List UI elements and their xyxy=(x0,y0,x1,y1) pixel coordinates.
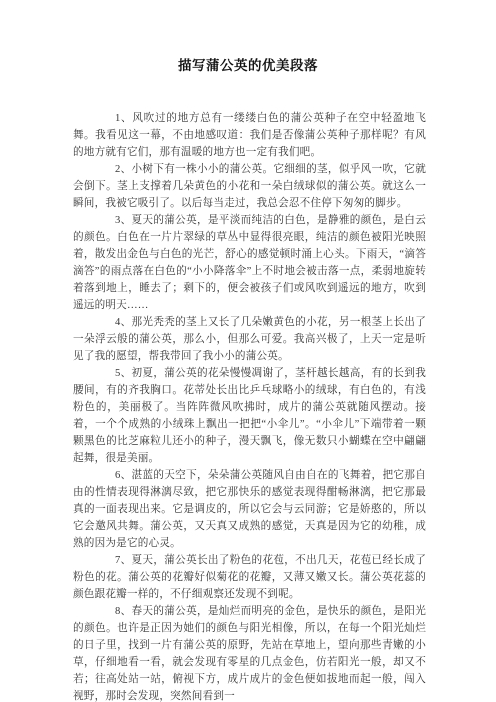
paragraph-8: 8、春天的蒲公英，是灿烂而明亮的金色，是快乐的颜色，是阳光的颜色。也许是正因为她… xyxy=(73,603,426,702)
paragraph-6: 6、湛蓝的天空下，朵朵蒲公英随风自由自在的飞舞着，把它那自由的性情表现得淋漓尽致… xyxy=(73,467,426,552)
document-page: 描写蒲公英的优美段落 1、风吹过的地方总有一缕缕白色的蒲公英种子在空中轻盈地飞舞… xyxy=(0,0,496,702)
paragraph-5: 5、初夏，蒲公英的花朵慢慢凋谢了，茎杆越长越高，有的长到我腰间，有的齐我胸口。花… xyxy=(73,365,426,467)
document-body: 1、风吹过的地方总有一缕缕白色的蒲公英种子在空中轻盈地飞舞。我看见这一幕，不由地… xyxy=(73,110,426,702)
paragraph-7: 7、夏天，蒲公英长出了粉色的花苞，不出几天，花苞已经长成了粉色的花。蒲公英的花瓣… xyxy=(73,552,426,603)
paragraph-4: 4、那光秃秃的茎上又长了几朵嫩黄色的小花，另一根茎上长出了一朵浮云般的蒲公英，那… xyxy=(73,314,426,365)
paragraph-1: 1、风吹过的地方总有一缕缕白色的蒲公英种子在空中轻盈地飞舞。我看见这一幕，不由地… xyxy=(73,110,426,161)
document-title: 描写蒲公英的优美段落 xyxy=(0,0,496,75)
paragraph-3: 3、夏天的蒲公英，是平淡而纯洁的白色，是静雅的颜色，是白云的颜色。白色在一片片翠… xyxy=(73,212,426,314)
paragraph-2: 2、小树下有一株小小的蒲公英。它细细的茎，似乎风一吹，它就会倒下。茎上支撑着几朵… xyxy=(73,161,426,212)
